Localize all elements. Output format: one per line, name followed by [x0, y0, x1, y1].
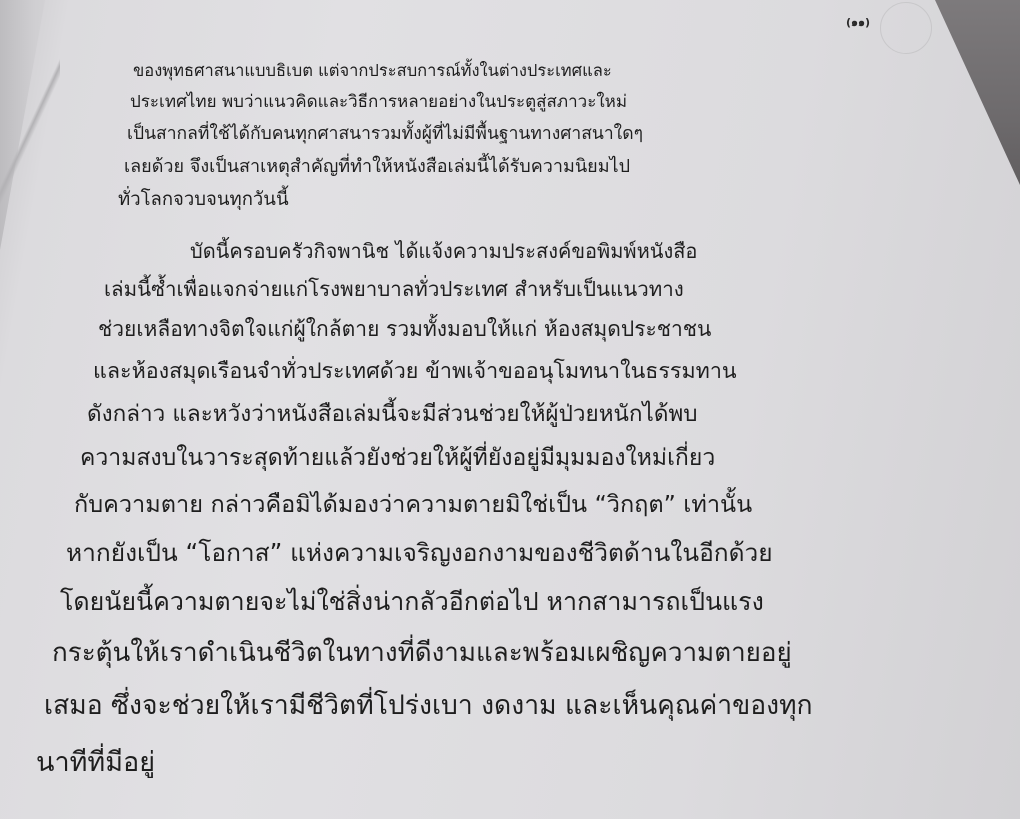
pencil-doodle: [880, 2, 932, 54]
page-number: (๑๑): [846, 13, 870, 31]
text-line: นาทีที่มีอยู่: [36, 740, 155, 783]
text-line: ทั่วโลกจวบจนทุกวันนี้: [118, 185, 289, 214]
text-line: ประเทศไทย พบว่าแนวคิดและวิธีการหลายอย่าง…: [130, 88, 627, 115]
text-line: บัดนี้ครอบครัวกิจพานิช ได้แจ้งความประสงค…: [190, 235, 697, 267]
text-line: หากยังเป็น “โอกาส” แห่งความเจริญงอกงามขอ…: [66, 533, 773, 572]
text-line: ดังกล่าว และหวังว่าหนังสือเล่มนี้จะมีส่ว…: [87, 395, 698, 431]
text-line: กระตุ้นให้เราดำเนินชีวิตในทางที่ดีงามและ…: [52, 632, 792, 673]
text-line: ความสงบในวาระสุดท้ายแล้วยังช่วยให้ผู้ที่…: [80, 440, 715, 476]
page-fold-edge: [0, 0, 60, 260]
text-line: ช่วยเหลือทางจิตใจแก่ผู้ใกล้ตาย รวมทั้งมอ…: [98, 313, 711, 346]
text-line: เสมอ ซึ่งจะช่วยให้เรามีชีวิตที่โปร่งเบา …: [44, 684, 813, 726]
text-line: เล่มนี้ซ้ำเพื่อแจกจ่ายแก่โรงพยาบาลทั่วปร…: [104, 273, 684, 306]
text-line: กับความตาย กล่าวคือมิได้มองว่าความตายมิใ…: [74, 486, 752, 523]
text-line: เป็นสากลที่ใช้ได้กับคนทุกศาสนารวมทั้งผู้…: [127, 119, 643, 147]
text-line: โดยนัยนี้ความตายจะไม่ใช่สิ่งน่ากลัวอีกต่…: [60, 582, 764, 622]
text-line: และห้องสมุดเรือนจำทั่วประเทศด้วย ข้าพเจ้…: [93, 354, 737, 388]
text-line: เลยด้วย จึงเป็นสาเหตุสำคัญที่ทำให้หนังสื…: [124, 151, 630, 180]
text-line: ของพุทธศาสนาแบบธิเบต แต่จากประสบการณ์ทั้…: [133, 58, 612, 84]
